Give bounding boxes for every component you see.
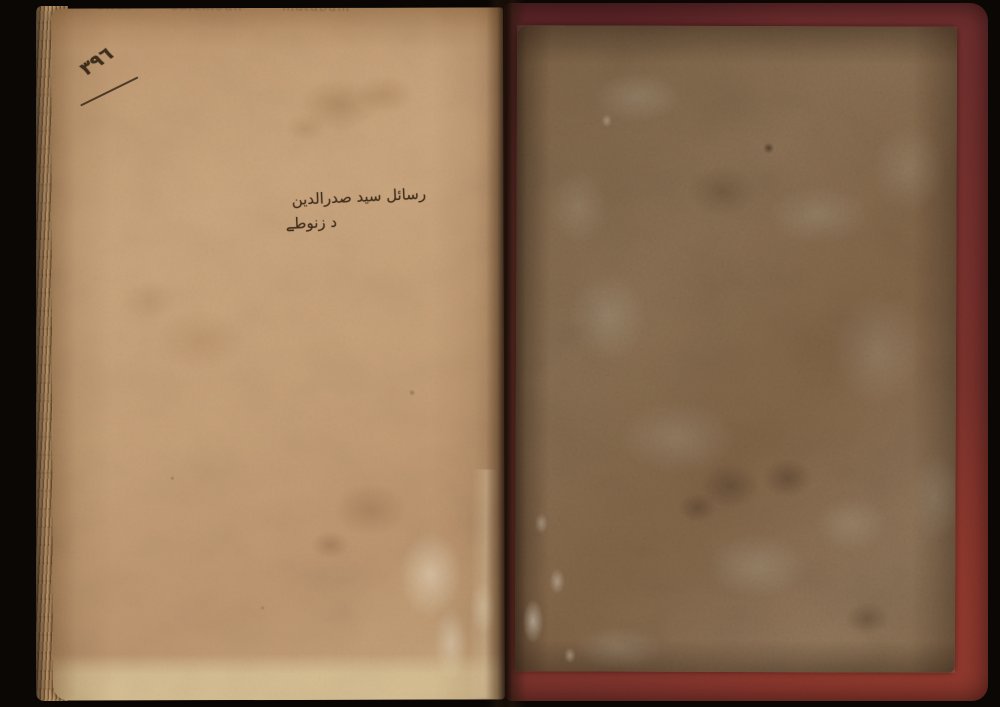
gutter-shadow xyxy=(486,0,526,707)
paste-down-panel xyxy=(515,25,957,673)
inscription-line-2: د زنوطے xyxy=(285,213,337,233)
title-inscription: رسائل سید صدرالدین د زنوطے xyxy=(51,7,505,700)
back-cover-leather xyxy=(504,3,988,701)
panel-grain-texture xyxy=(515,25,957,673)
scan-background: dhus solemoun matabam ٣٩٦ رسائل سید صدرا… xyxy=(0,0,1000,707)
left-page: dhus solemoun matabam ٣٩٦ رسائل سید صدرا… xyxy=(51,7,505,700)
inscription-line-1: رسائل سید صدرالدین xyxy=(291,185,426,209)
